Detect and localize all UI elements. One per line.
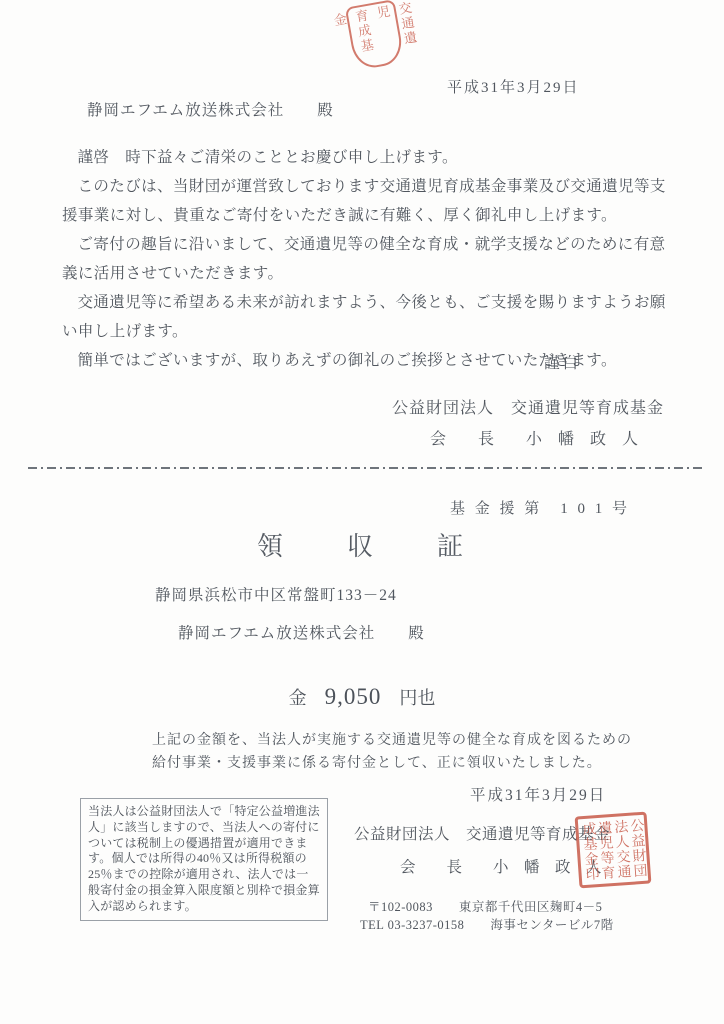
receipt-date: 平成31年3月29日 bbox=[470, 783, 606, 805]
seal-text-column: 交通遺児 bbox=[370, 0, 423, 65]
letter-date: 平成31年3月29日 bbox=[447, 76, 580, 97]
letter-recipient: 静岡エフエム放送株式会社 殿 bbox=[87, 98, 334, 120]
letter-organization: 公益財団法人 交通遺児等育成基金 bbox=[392, 395, 664, 418]
receipt-number: 基 金 援 第 1 0 1 号 bbox=[450, 497, 630, 518]
letter-closing: 謹白 bbox=[544, 351, 581, 373]
receipt-statement: 上記の金額を、当法人が実施する交通遺児等の健全な育成を図るための 給付事業・支援… bbox=[152, 729, 632, 775]
issuer-organization: 公益財団法人 交通遺児等育成基金 bbox=[354, 822, 610, 844]
document-page: 交通遺児 育成基金 平成31年3月29日 静岡エフエム放送株式会社 殿 謹啓 時… bbox=[0, 0, 724, 1024]
amount-line: 金 9,050 円也 bbox=[0, 684, 724, 710]
tax-deduction-note: 当法人は公益財団法人で「特定公益増進法人」に該当しますので、当法人への寄付につい… bbox=[80, 798, 328, 921]
letter-paragraph: このたびは、当財団が運営致しております交通遺児育成基金事業及び交通遺児等支援事業… bbox=[62, 172, 668, 230]
receipt-title: 領 収 証 bbox=[0, 526, 724, 563]
issuer-chairman: 会 長 小 幡 政 人 bbox=[400, 855, 602, 877]
letter-paragraph: ご寄付の趣旨に沿いまして、交通遺児等の健全な育成・就学支援などのために有意義に活… bbox=[62, 230, 668, 288]
corporate-seal-stamp-icon: 公益財団 法人交通 遺児等育 成基金印 bbox=[575, 812, 652, 889]
letter-paragraph: 謹啓 時下益々ご清栄のこととお慶び申し上げます。 bbox=[62, 143, 668, 172]
receipt-statement-line: 上記の金額を、当法人が実施する交通遺児等の健全な育成を図るための bbox=[152, 729, 632, 752]
amount-value: 9,050 bbox=[325, 684, 382, 709]
letter-paragraph: 交通遺児等に希望ある未来が訪れますよう、今後とも、ご支援を賜りますようお願い申し… bbox=[62, 288, 668, 346]
amount-suffix: 円也 bbox=[399, 688, 435, 708]
red-seal-stamp-icon: 交通遺児 育成基金 bbox=[345, 0, 405, 71]
receipt-statement-line: 給付事業・支援事業に係る寄付金として、正に領収いたしました。 bbox=[152, 752, 632, 775]
payer-address: 静岡県浜松市中区常盤町133－24 bbox=[155, 583, 397, 605]
cut-line-divider bbox=[28, 467, 702, 469]
letter-body: 謹啓 時下益々ご清栄のこととお慶び申し上げます。 このたびは、当財団が運営致して… bbox=[62, 143, 668, 375]
issuer-postal-address: 〒102-0083 東京都千代田区麹町4－5 bbox=[368, 897, 602, 915]
issuer-tel: TEL 03-3237-0158 海事センタービル7階 bbox=[360, 915, 614, 933]
seal-text-column: 公益財団 bbox=[627, 818, 647, 879]
letter-chairman: 会 長 小 幡 政 人 bbox=[430, 426, 638, 449]
payer-name: 静岡エフエム放送株式会社 殿 bbox=[178, 621, 425, 643]
amount-prefix: 金 bbox=[289, 688, 307, 708]
